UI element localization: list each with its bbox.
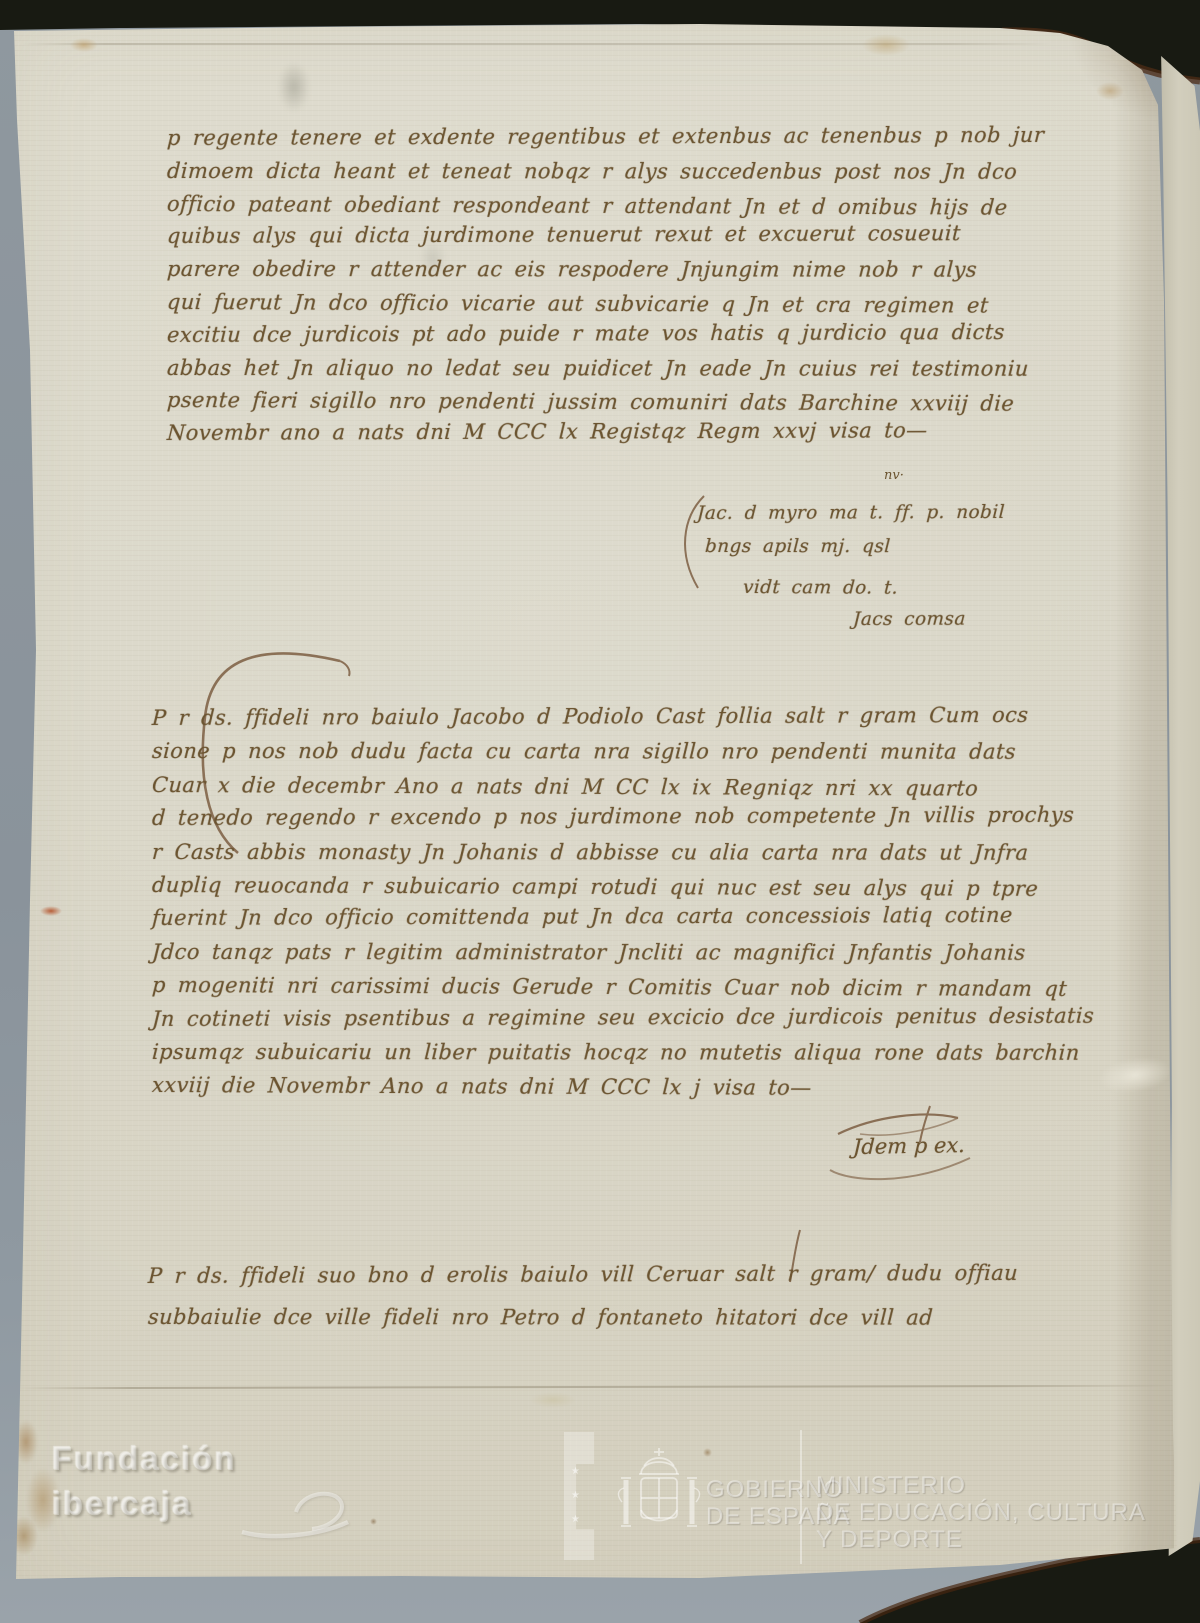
stain [862, 34, 910, 56]
manuscript-line: parere obedire r attender ac eis respode… [166, 253, 1045, 287]
stain [14, 1420, 38, 1464]
ministry-watermark-line2: DE EDUCACIÓN, CULTURA [816, 1499, 1146, 1526]
text-block-charter-1: p regente tenere et exdente regentibus e… [167, 122, 1044, 450]
stain [278, 62, 310, 112]
manuscript-line: subbaiulie dce ville fideli nro Petro d … [147, 1297, 1019, 1339]
manuscript-line: r Casts abbis monasty Jn Johanis d abbis… [151, 836, 1095, 870]
manuscript-line: Novembr ano a nats dni M CCC lx Registqz… [166, 414, 1045, 450]
stain [1096, 82, 1124, 100]
manuscript-line: Jacs comsa [853, 609, 1006, 630]
manuscript-line: P r ds. ffideli nro baiulo Jacobo d Podi… [151, 699, 1095, 736]
text-block-charter-2: P r ds. ffideli nro baiulo Jacobo d Podi… [152, 702, 1094, 1103]
signature-underflourish [820, 1152, 990, 1192]
spain-coat-of-arms-icon [614, 1446, 704, 1552]
ministry-watermark-line1: MINISTERIO [816, 1472, 966, 1499]
signature-block-1: Jac. d myro ma t. ff. p. nobilbngs apils… [697, 504, 1005, 630]
manuscript-line: abbas het Jn aliquo no ledat seu puidice… [166, 352, 1045, 386]
manuscript-line: p regente tenere et exdente regentibus e… [166, 119, 1045, 155]
manuscript-line: Jdco tanqz pats r legitim administrator … [151, 936, 1095, 970]
ibercaja-watermark-line1: Fundación [52, 1436, 237, 1481]
stain [530, 1392, 576, 1408]
ibercaja-watermark: Fundación ibercaja [52, 1436, 237, 1526]
manuscript-line: excitiu dce jurdicois pt ado puide r mat… [166, 316, 1045, 352]
manuscript-line: xxviij die Novembr Ano a nats dni M CCC … [151, 1069, 1095, 1107]
manuscript-line: fuerint Jn dco officio comittenda put Jn… [151, 899, 1095, 936]
stain [370, 1518, 377, 1525]
stain [703, 1448, 712, 1457]
ibercaja-swoosh-icon [238, 1486, 356, 1550]
star-icon: ★ [571, 1490, 580, 1501]
manuscript-line: quibus alys qui dicta jurdimone tenuerut… [166, 217, 1045, 253]
manuscript-line: P r ds. ffideli suo bno d erolis baiulo … [147, 1253, 1019, 1297]
bottom-crease-line [16, 1385, 1170, 1389]
manuscript-line: ipsumqz subuicariu un liber puitatis hoc… [151, 1036, 1095, 1070]
manuscript-line: vidt cam do. t. [742, 578, 1005, 599]
manuscript-line: Jn cotineti visis psentibus a regimine s… [151, 999, 1095, 1036]
manuscript-line: d tenedo regendo r excendo p nos jurdimo… [151, 799, 1095, 836]
manuscript-page: p regente tenere et exdente regentibus e… [0, 0, 1200, 1623]
manuscript-line: dimoem dicta heant et teneat nobqz r aly… [166, 155, 1045, 189]
ibercaja-watermark-line2: ibercaja [52, 1481, 237, 1526]
text-block-charter-3: P r ds. ffideli suo bno d erolis baiulo … [148, 1256, 1018, 1338]
star-icon: ★ [571, 1466, 580, 1477]
star-icon: ★ [571, 1514, 580, 1525]
ministry-watermark-line3: Y DEPORTE [816, 1526, 963, 1553]
stain [70, 38, 98, 52]
manuscript-line: Jac. d myro ma t. ff. p. nobil [697, 503, 1006, 524]
watermark-divider [800, 1430, 802, 1564]
manuscript-line: sione p nos nob dudu facta cu carta nra … [151, 735, 1095, 769]
manuscript-line: bngs apils mj. qsl [704, 537, 1005, 557]
scanner-bed: p regente tenere et exdente regentibus e… [0, 0, 1200, 1623]
red-ink-spot [40, 906, 62, 916]
flourish-mark: nv· [884, 468, 904, 483]
